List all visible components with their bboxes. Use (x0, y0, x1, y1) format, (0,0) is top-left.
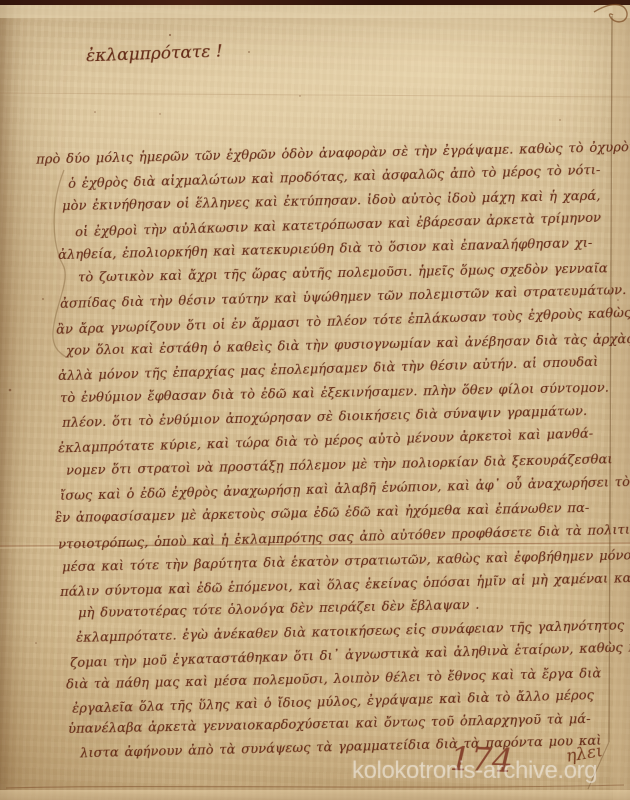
fold-crease-top (0, 93, 630, 97)
archive-watermark: kolokotronis-archive.org (352, 757, 630, 785)
corner-curl (594, 5, 627, 22)
fold-crease-bottom (6, 785, 624, 788)
manuscript-photo: ἐκλαμπρότατε ! πρὸ δύο μόλις ἡμερῶν τῶν … (0, 0, 630, 800)
